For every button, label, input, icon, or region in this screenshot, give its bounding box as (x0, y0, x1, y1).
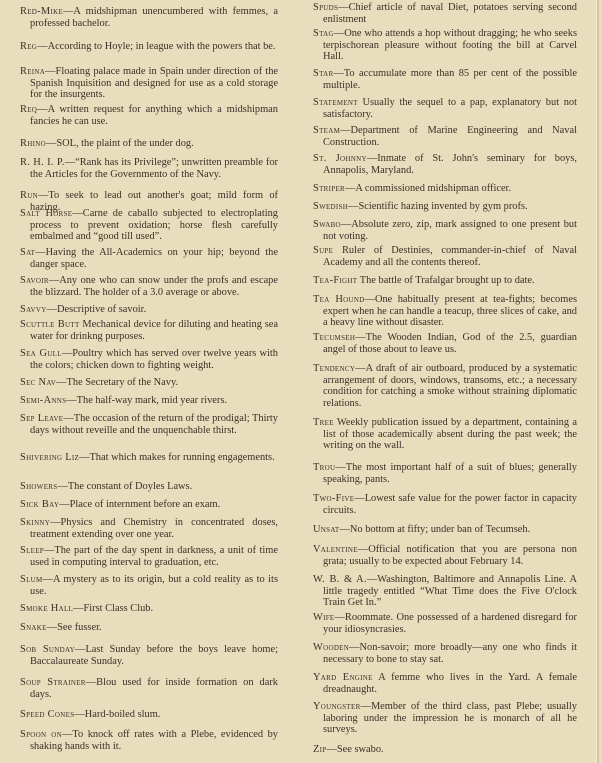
entry-definition: Physics and Chemistry in concentrated do… (30, 517, 278, 540)
glossary-entry: Two-Five—Lowest safe value for the power… (313, 493, 577, 516)
glossary-entry: Stag—One who attends a hop without dragg… (313, 28, 577, 63)
entry-text: Wife—Roommate. One possessed of a harden… (313, 612, 577, 635)
entry-text: Spoon on—To knock off rates with a Plebe… (20, 729, 278, 752)
glossary-entry: Red-Mike—A midshipman unencumbered with … (20, 6, 278, 29)
glossary-entry: Statement Usually the sequel to a pap, e… (313, 97, 577, 120)
glossary-entry: Sep Leave—The occasion of the return of … (20, 413, 278, 436)
glossary-entry: Slum—A mystery as to its origin, but a c… (20, 574, 278, 597)
glossary-entry: Tendency—A draft of air outboard, produc… (313, 363, 577, 409)
entry-separator: — (59, 499, 69, 510)
entry-separator: — (37, 41, 47, 52)
entry-text: Sea Gull—Poultry which has served over t… (20, 348, 278, 371)
entry-separator: — (354, 493, 364, 504)
entry-separator: — (50, 517, 60, 528)
glossary-entry: Smoke Hall—First Class Club. (20, 603, 278, 615)
glossary-entry: Unsat—No bottom at fifty; under ban of T… (313, 524, 577, 536)
entry-separator: — (47, 304, 57, 315)
entry-definition: The part of the day spent in darkness, a… (30, 545, 278, 568)
entry-term: Tendency (313, 363, 355, 374)
entry-definition: The most important half of a suit of blu… (323, 462, 577, 485)
entry-term: Snake (20, 622, 47, 633)
glossary-entry: Sick Bay—Place of internment before an e… (20, 499, 278, 511)
glossary-entry: Star—To accumulate more than 85 per cent… (313, 68, 577, 91)
glossary-entry: Wife—Roommate. One possessed of a harden… (313, 612, 577, 635)
entry-term: Sep Leave (20, 413, 63, 424)
glossary-entry: Shivering Liz—That which makes for runni… (20, 452, 278, 464)
entry-term: Tea Hound (313, 294, 365, 305)
entry-separator: — (37, 104, 47, 115)
glossary-entry: Wooden—Non-savoir; more broadly—any one … (313, 642, 577, 665)
entry-definition: The constant of Doyles Laws. (68, 481, 192, 492)
entry-separator: — (45, 66, 55, 77)
entry-separator: — (57, 481, 67, 492)
glossary-entry: Savvy—Descriptive of savoir. (20, 304, 278, 316)
entry-term: St. Johnny (313, 153, 367, 164)
entry-separator: — (361, 701, 371, 712)
entry-separator: — (326, 744, 336, 755)
entry-separator: — (72, 208, 82, 219)
entry-term: Sat (20, 247, 35, 258)
entry-term: Speed Cones (20, 709, 74, 720)
entry-separator: — (49, 275, 59, 286)
entry-term: Zip (313, 744, 326, 755)
entry-definition: Weekly publication issued by a departmen… (323, 417, 577, 451)
entry-definition: First Class Club. (84, 603, 154, 614)
entry-term: Swabo (313, 219, 341, 230)
entry-definition: Descriptive of savoir. (57, 304, 146, 315)
entry-text: Skinny—Physics and Chemistry in concentr… (20, 517, 278, 540)
entry-separator: — (340, 524, 350, 535)
entry-text: Speed Cones—Hard-boiled slum. (20, 709, 278, 721)
entry-term: Supe (313, 245, 333, 256)
entry-term: Red-Mike (20, 6, 63, 17)
entry-text: Swedish—Scientific hazing invented by gy… (313, 201, 577, 213)
entry-text: Zip—See swabo. (313, 744, 577, 756)
entry-text: Wooden—Non-savoir; more broadly—any one … (313, 642, 577, 665)
entry-separator: — (335, 612, 345, 623)
entry-text: Sat—Having the All-Academics on your hip… (20, 247, 278, 270)
glossary-entry: Spuds—Chief article of naval Diet, potat… (313, 2, 577, 25)
glossary-entry: Rhino—SOL, the plaint of the under dog. (20, 138, 278, 150)
entry-term: Skinny (20, 517, 50, 528)
entry-separator: — (333, 68, 343, 79)
glossary-entry: Reina—Floating palace made in Spain unde… (20, 66, 278, 101)
entry-definition: Ruler of Destinies, commander-in-chief o… (323, 245, 577, 268)
entry-text: Tea Hound—One habitually present at tea-… (313, 294, 577, 329)
entry-separator: — (358, 544, 368, 555)
entry-definition: See fusser. (57, 622, 101, 633)
entry-text: Yard Engine A femme who lives in the Yar… (313, 672, 577, 695)
entry-text: Red-Mike—A midshipman unencumbered with … (20, 6, 278, 29)
entry-text: Youngster—Member of the third class, pas… (313, 701, 577, 736)
entry-definition: Chief article of naval Diet, potatoes se… (323, 2, 577, 25)
glossary-entry: W. B. & A.—Washington, Baltimore and Ann… (313, 574, 577, 609)
entry-separator: — (334, 28, 344, 39)
entry-separator: — (62, 729, 72, 740)
entry-text: Sob Sunday—Last Sunday before the boys l… (20, 644, 278, 667)
entry-definition: Absolute zero, zip, mark assigned to one… (323, 219, 577, 242)
entry-term: Tea-Fight (313, 275, 357, 286)
entry-text: Stag—One who attends a hop without dragg… (313, 28, 577, 63)
entry-text: Smoke Hall—First Class Club. (20, 603, 278, 615)
entry-separator: — (367, 153, 377, 164)
entry-term: Tree (313, 417, 334, 428)
glossary-entry: Req—A written request for anything which… (20, 104, 278, 127)
entry-term: Wooden (313, 642, 349, 653)
entry-separator: — (341, 219, 351, 230)
entry-separator: — (345, 183, 355, 194)
entry-text: Supe Ruler of Destinies, commander-in-ch… (313, 245, 577, 268)
entry-separator: — (73, 603, 83, 614)
entry-text: Soup Strainer—Blou used for inside forma… (20, 677, 278, 700)
entry-separator: — (338, 2, 348, 13)
entry-term: Reina (20, 66, 45, 77)
entry-definition: The Secretary of the Navy. (67, 377, 179, 388)
glossary-entry: Semi-Anns—The half-way mark, mid year ri… (20, 395, 278, 407)
entry-separator: — (349, 642, 359, 653)
entry-term: R. H. I. P. (20, 157, 65, 168)
entry-definition: SOL, the plaint of the under dog. (56, 138, 193, 149)
entry-text: Sec Nav—The Secretary of the Navy. (20, 377, 278, 389)
entry-separator: — (74, 709, 84, 720)
entry-term: Savoir (20, 275, 49, 286)
page-edge-rule (596, 0, 599, 763)
entry-text: Tendency—A draft of air outboard, produc… (313, 363, 577, 409)
entry-term: Sob Sunday (20, 644, 75, 655)
entry-separator: — (66, 395, 76, 406)
entry-text: Slum—A mystery as to its origin, but a c… (20, 574, 278, 597)
entry-separator: — (365, 294, 375, 305)
entry-text: R. H. I. P.—“Rank has its Privilege”; un… (20, 157, 278, 180)
entry-text: Sleep—The part of the day spent in darkn… (20, 545, 278, 568)
entry-term: Striper (313, 183, 345, 194)
entry-term: Statement (313, 97, 358, 108)
entry-text: Tree Weekly publication issued by a depa… (313, 417, 577, 452)
entry-term: Stag (313, 28, 334, 39)
entry-term: Star (313, 68, 333, 79)
entry-text: Savoir—Any one who can snow under the pr… (20, 275, 278, 298)
entry-definition: Having the All-Academics on your hip; be… (30, 247, 278, 270)
glossary-entry: Soup Strainer—Blou used for inside forma… (20, 677, 278, 700)
glossary-entry: Youngster—Member of the third class, pas… (313, 701, 577, 736)
entry-definition: According to Hoyle; in league with the p… (48, 41, 276, 52)
entry-term: Sea Gull (20, 348, 62, 359)
glossary-entry: Scuttle Butt Mechanical device for dilut… (20, 319, 278, 342)
entry-text: Snake—See fusser. (20, 622, 278, 634)
entry-separator: — (348, 201, 358, 212)
entry-text: Req—A written request for anything which… (20, 104, 278, 127)
entry-text: Sick Bay—Place of internment before an e… (20, 499, 278, 511)
glossary-entry: Savoir—Any one who can snow under the pr… (20, 275, 278, 298)
entry-term: Spoon on (20, 729, 62, 740)
entry-term: Slum (20, 574, 43, 585)
entry-term: Reg (20, 41, 37, 52)
entry-term: Two-Five (313, 493, 354, 504)
glossary-entry: St. Johnny—Inmate of St. John's seminary… (313, 153, 577, 176)
glossary-entry: Trou—The most important half of a suit o… (313, 462, 577, 485)
entry-term: Swedish (313, 201, 348, 212)
entry-separator: — (43, 574, 53, 585)
entry-text: Star—To accumulate more than 85 per cent… (313, 68, 577, 91)
entry-text: Swabo—Absolute zero, zip, mark assigned … (313, 219, 577, 242)
entry-term: Sick Bay (20, 499, 59, 510)
entry-separator (333, 245, 342, 256)
entry-separator: — (367, 574, 377, 585)
entry-text: Semi-Anns—The half-way mark, mid year ri… (20, 395, 278, 407)
entry-definition: Hard-boiled slum. (85, 709, 161, 720)
entry-separator: — (35, 247, 45, 258)
glossary-page: Red-Mike—A midshipman unencumbered with … (0, 0, 602, 763)
entry-term: Yard Engine (313, 672, 373, 683)
glossary-entry: Tecumseh—The Wooden Indian, God of the 2… (313, 332, 577, 355)
entry-definition: A written request for anything which a m… (30, 104, 278, 127)
entry-text: Shivering Liz—That which makes for runni… (20, 452, 278, 464)
entry-term: Trou (313, 462, 335, 473)
entry-separator: — (335, 462, 345, 473)
entry-definition: The battle of Trafalgar brought up to da… (360, 275, 535, 286)
glossary-entry: Skinny—Physics and Chemistry in concentr… (20, 517, 278, 540)
glossary-entry: Swedish—Scientific hazing invented by gy… (313, 201, 577, 213)
glossary-entry: Reg—According to Hoyle; in league with t… (20, 41, 278, 53)
glossary-entry: Supe Ruler of Destinies, commander-in-ch… (313, 245, 577, 268)
entry-term: Scuttle Butt (20, 319, 80, 330)
entry-definition: Roommate. One possessed of a hardened di… (323, 612, 577, 635)
entry-text: Showers—The constant of Doyles Laws. (20, 481, 278, 493)
entry-definition: No bottom at fifty; under ban of Tecumse… (350, 524, 530, 535)
entry-term: Unsat (313, 524, 340, 535)
entry-term: Smoke Hall (20, 603, 73, 614)
entry-text: Reina—Floating palace made in Spain unde… (20, 66, 278, 101)
entry-term: Semi-Anns (20, 395, 66, 406)
entry-definition: That which makes for running engagements… (89, 452, 274, 463)
entry-term: Req (20, 104, 37, 115)
glossary-entry: Yard Engine A femme who lives in the Yar… (313, 672, 577, 695)
entry-term: Soup Strainer (20, 677, 86, 688)
entry-definition: A commissioned midshipman officer. (355, 183, 511, 194)
glossary-entry: Sob Sunday—Last Sunday before the boys l… (20, 644, 278, 667)
entry-definition: The half-way mark, mid year rivers. (77, 395, 227, 406)
entry-term: Savvy (20, 304, 47, 315)
entry-definition: Non-savoir; more broadly—any one who fin… (323, 642, 577, 665)
entry-text: Salt Horse—Carne de caballo subjected to… (20, 208, 278, 243)
entry-separator: — (355, 332, 365, 343)
glossary-entry: R. H. I. P.—“Rank has its Privilege”; un… (20, 157, 278, 180)
glossary-entry: Sleep—The part of the day spent in darkn… (20, 545, 278, 568)
entry-separator: — (63, 6, 73, 17)
entry-text: St. Johnny—Inmate of St. John's seminary… (313, 153, 577, 176)
entry-separator: — (75, 644, 85, 655)
glossary-entry: Showers—The constant of Doyles Laws. (20, 481, 278, 493)
entry-text: Trou—The most important half of a suit o… (313, 462, 577, 485)
entry-separator: — (355, 363, 365, 374)
glossary-entry: Zip—See swabo. (313, 744, 577, 756)
entry-term: Salt Horse (20, 208, 72, 219)
entry-text: W. B. & A.—Washington, Baltimore and Ann… (313, 574, 577, 609)
entry-definition: To accumulate more than 85 per cent of t… (323, 68, 577, 91)
entry-text: Rhino—SOL, the plaint of the under dog. (20, 138, 278, 150)
entry-term: Showers (20, 481, 57, 492)
entry-term: Steam (313, 125, 340, 136)
entry-definition: Any one who can snow under the profs and… (30, 275, 278, 298)
glossary-entry: Salt Horse—Carne de caballo subjected to… (20, 208, 278, 243)
entry-term: Sleep (20, 545, 44, 556)
entry-term: Sec Nav (20, 377, 56, 388)
entry-definition: Department of Marine Engineering and Nav… (323, 125, 577, 148)
entry-separator: — (38, 190, 48, 201)
entry-separator: — (63, 413, 73, 424)
glossary-entry: Sea Gull—Poultry which has served over t… (20, 348, 278, 371)
entry-term: Valentine (313, 544, 358, 555)
entry-definition: See swabo. (337, 744, 384, 755)
entry-separator: — (56, 377, 66, 388)
glossary-entry: Steam—Department of Marine Engineering a… (313, 125, 577, 148)
entry-separator: — (47, 622, 57, 633)
entry-separator: — (65, 157, 75, 168)
entry-text: Unsat—No bottom at fifty; under ban of T… (313, 524, 577, 536)
glossary-entry: Spoon on—To knock off rates with a Plebe… (20, 729, 278, 752)
entry-separator: — (340, 125, 350, 136)
entry-term: Spuds (313, 2, 338, 13)
glossary-entry: Sec Nav—The Secretary of the Navy. (20, 377, 278, 389)
entry-term: Youngster (313, 701, 361, 712)
entry-separator: — (79, 452, 89, 463)
entry-text: Savvy—Descriptive of savoir. (20, 304, 278, 316)
glossary-entry: Sat—Having the All-Academics on your hip… (20, 247, 278, 270)
entry-text: Steam—Department of Marine Engineering a… (313, 125, 577, 148)
entry-text: Scuttle Butt Mechanical device for dilut… (20, 319, 278, 342)
entry-definition: A mystery as to its origin, but a cold r… (30, 574, 278, 597)
glossary-entry: Striper—A commissioned midshipman office… (313, 183, 577, 195)
glossary-entry: Tea-Fight The battle of Trafalgar brough… (313, 275, 577, 287)
entry-separator: — (44, 545, 54, 556)
glossary-entry: Snake—See fusser. (20, 622, 278, 634)
entry-separator: — (46, 138, 56, 149)
glossary-entry: Tea Hound—One habitually present at tea-… (313, 294, 577, 329)
entry-text: Statement Usually the sequel to a pap, e… (313, 97, 577, 120)
entry-text: Tecumseh—The Wooden Indian, God of the 2… (313, 332, 577, 355)
entry-term: W. B. & A. (313, 574, 367, 585)
entry-term: Shivering Liz (20, 452, 79, 463)
glossary-entry: Swabo—Absolute zero, zip, mark assigned … (313, 219, 577, 242)
entry-text: Reg—According to Hoyle; in league with t… (20, 41, 278, 53)
entry-term: Rhino (20, 138, 46, 149)
entry-term: Tecumseh (313, 332, 355, 343)
glossary-entry: Valentine—Official notification that you… (313, 544, 577, 567)
entry-term: Wife (313, 612, 335, 623)
entry-text: Tea-Fight The battle of Trafalgar brough… (313, 275, 577, 287)
entry-definition: One who attends a hop without dragging; … (323, 28, 577, 62)
entry-definition: Scientific hazing invented by gym profs. (359, 201, 528, 212)
glossary-entry: Speed Cones—Hard-boiled slum. (20, 709, 278, 721)
entry-text: Valentine—Official notification that you… (313, 544, 577, 567)
entry-definition: Floating palace made in Spain under dire… (30, 66, 278, 100)
entry-term: Run (20, 190, 38, 201)
entry-text: Striper—A commissioned midshipman office… (313, 183, 577, 195)
entry-text: Sep Leave—The occasion of the return of … (20, 413, 278, 436)
entry-separator: — (62, 348, 72, 359)
entry-definition: Place of internment before an exam. (70, 499, 221, 510)
entry-text: Two-Five—Lowest safe value for the power… (313, 493, 577, 516)
entry-text: Spuds—Chief article of naval Diet, potat… (313, 2, 577, 25)
entry-separator: — (86, 677, 96, 688)
glossary-entry: Tree Weekly publication issued by a depa… (313, 417, 577, 452)
